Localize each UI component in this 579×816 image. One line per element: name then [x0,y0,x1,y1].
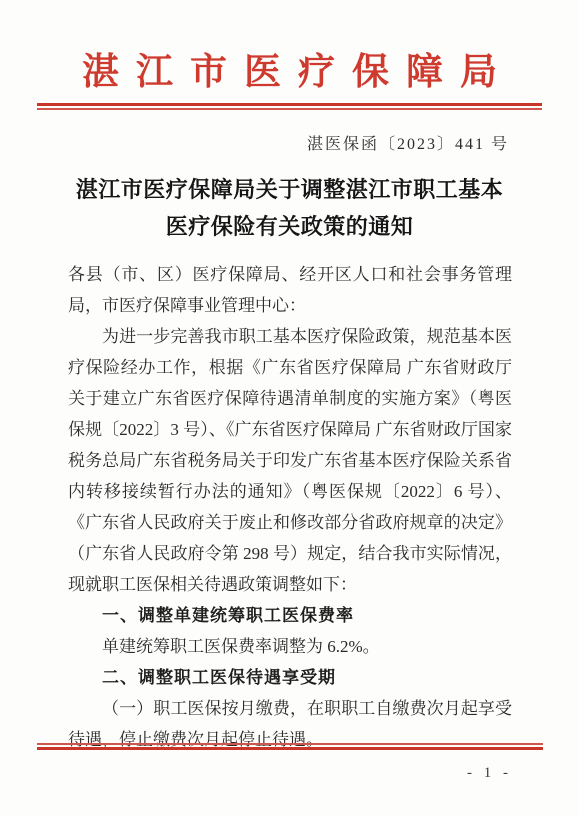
page-number: - 1 - [467,765,512,782]
masthead-divider-thin-line [37,108,542,110]
body-paragraph: 为进一步完善我市职工基本医疗保险政策，规范基本医疗保险经办工作，根据《广东省医疗… [68,321,512,600]
body-salutation: 各县（市、区）医疗保障局、经开区人口和社会事务管理局，市医疗保障事业管理中心： [68,259,512,321]
masthead-divider [37,103,542,110]
body-paragraph: 单建统筹职工医保费率调整为 6.2%。 [68,631,512,662]
footer-divider-thick-line [37,747,543,750]
body-heading: 一、调整单建统筹职工医保费率 [68,600,512,631]
footer-divider [37,743,543,750]
document-title-line-1: 湛江市医疗保障局关于调整湛江市职工基本 [76,177,504,202]
document-page: 湛江市医疗保障局 湛医保函〔2023〕441 号 湛江市医疗保障局关于调整湛江市… [0,0,579,816]
document-body: 各县（市、区）医疗保障局、经开区人口和社会事务管理局，市医疗保障事业管理中心：为… [68,259,512,755]
masthead-title: 湛江市医疗保障局 [0,50,579,96]
document-title-line-2: 医疗保险有关政策的通知 [166,214,414,239]
document-title: 湛江市医疗保障局关于调整湛江市职工基本 医疗保险有关政策的通知 [40,171,539,245]
body-heading: 二、调整职工医保待遇享受期 [68,662,512,693]
document-header: 湛江市医疗保障局 湛医保函〔2023〕441 号 [0,50,579,154]
document-number: 湛医保函〔2023〕441 号 [0,131,579,154]
